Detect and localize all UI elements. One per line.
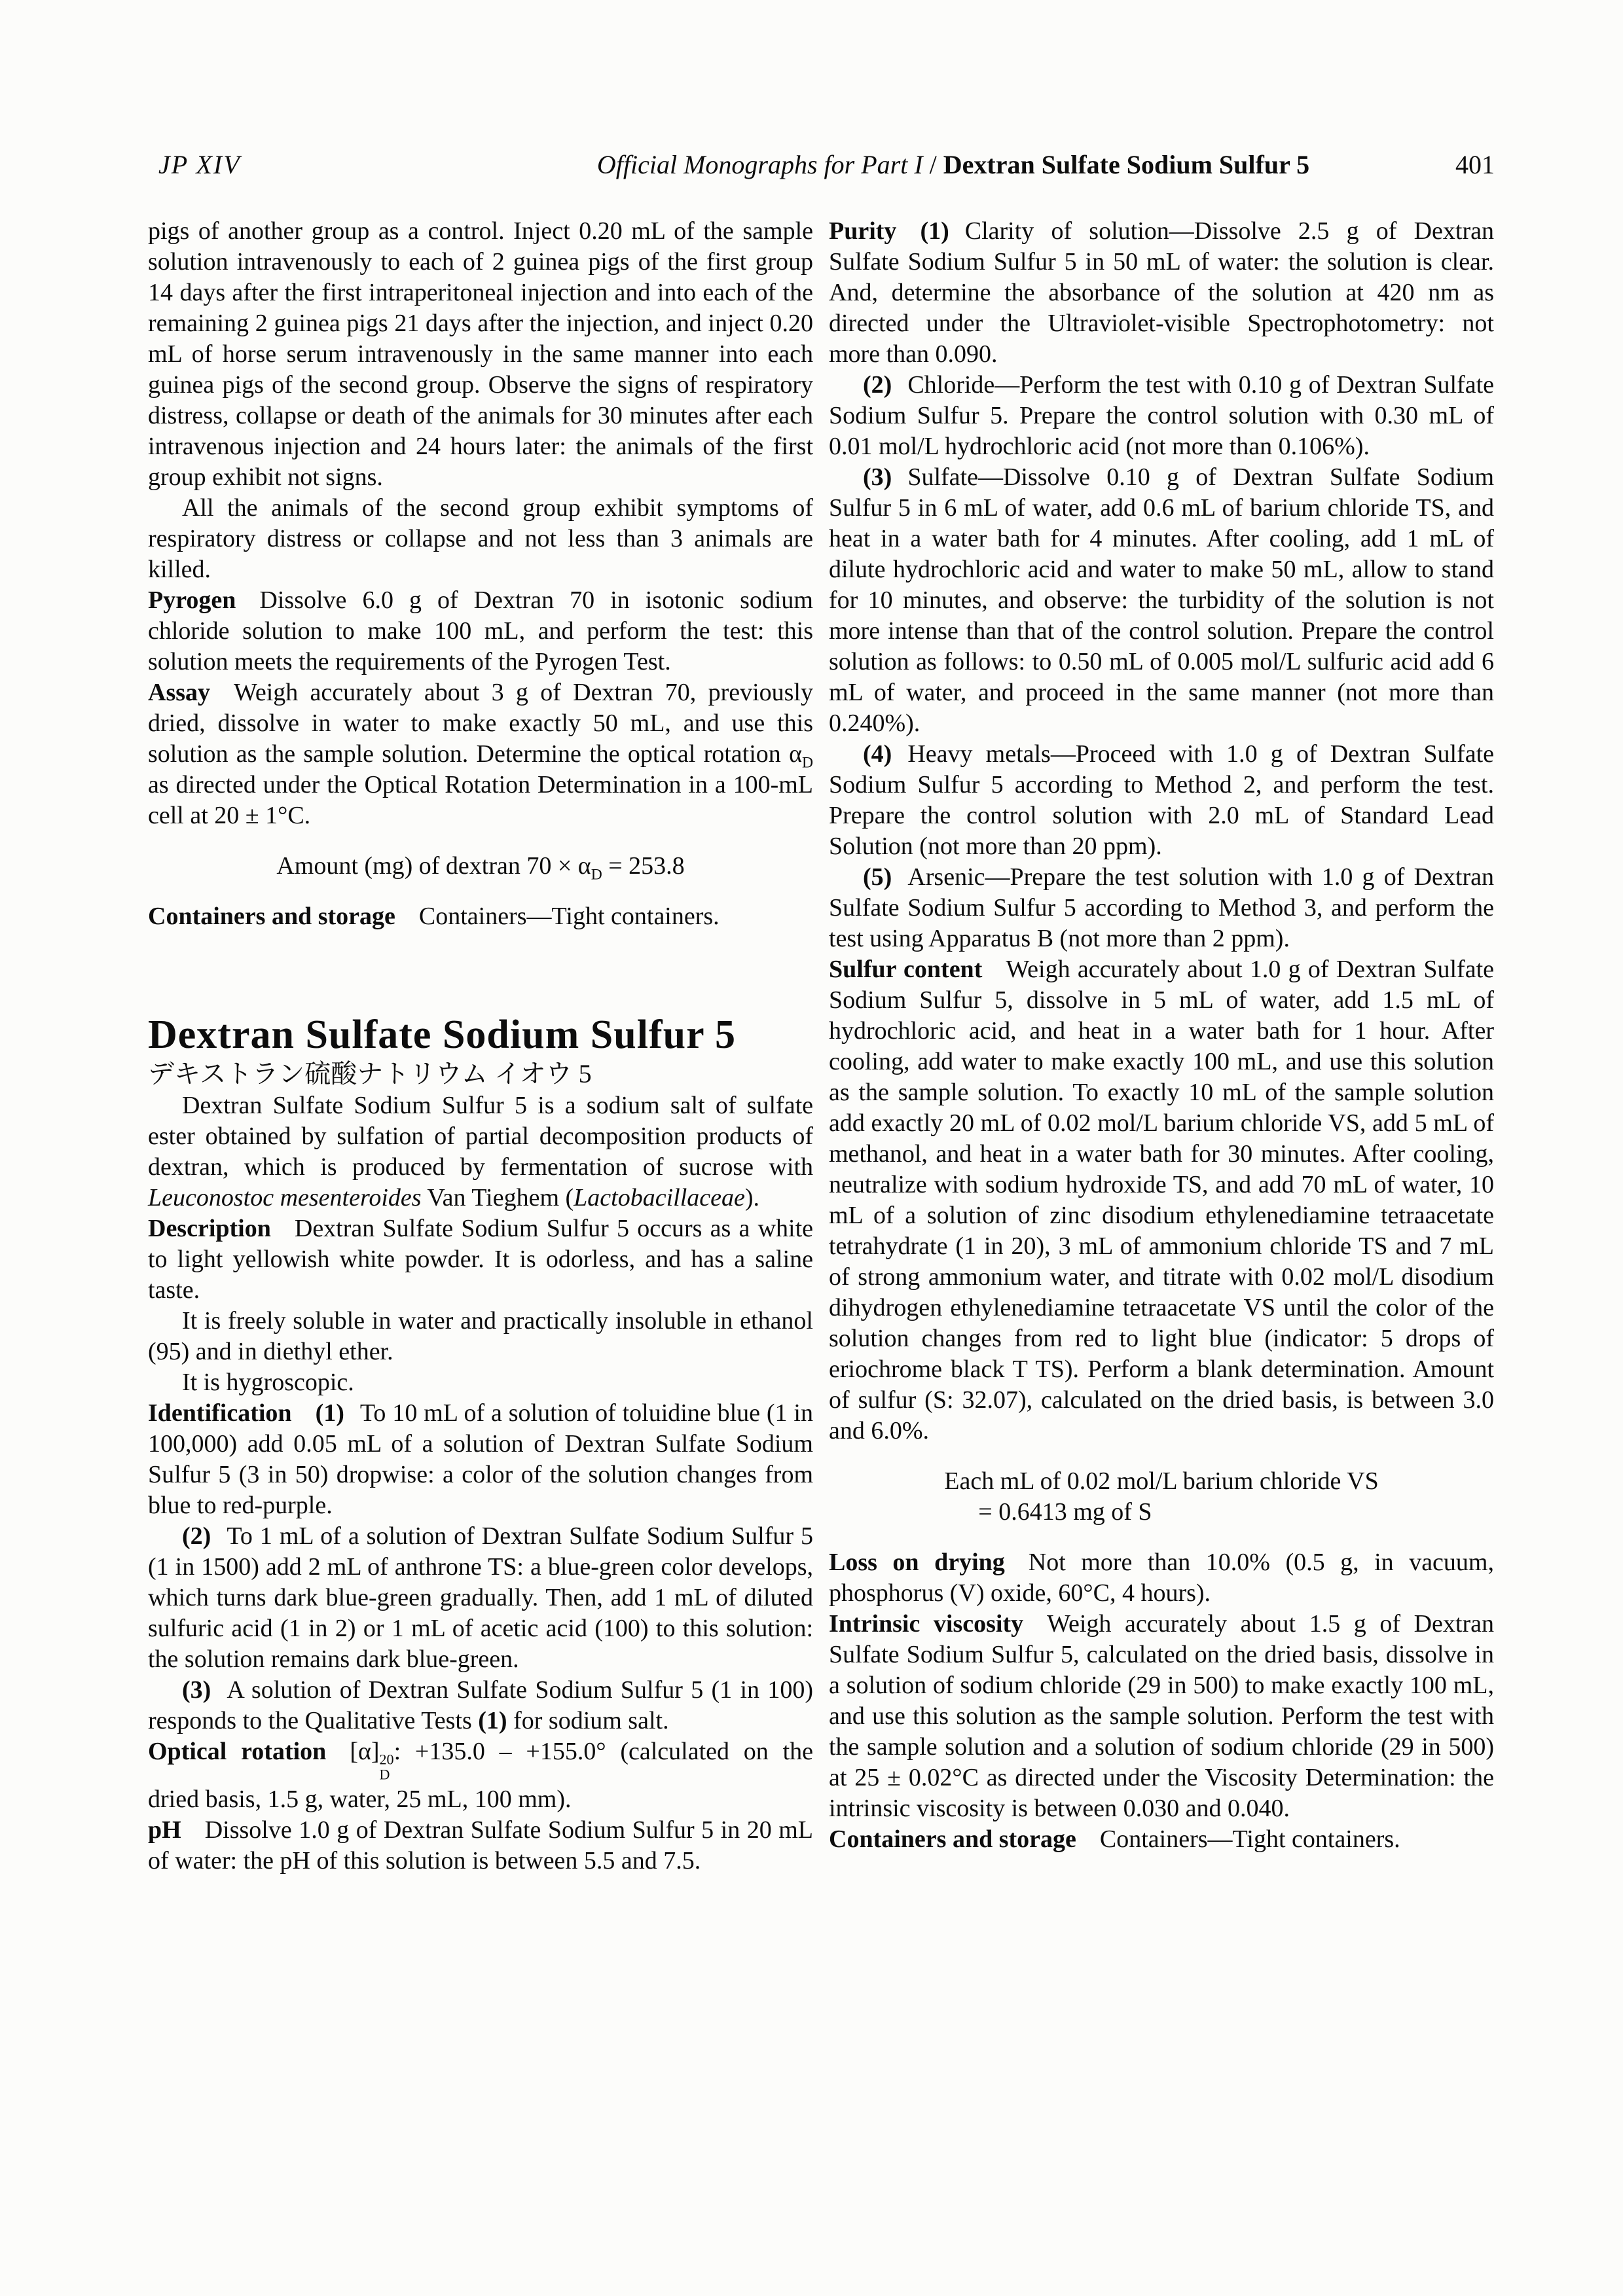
- text-run: It is hygroscopic.: [182, 1369, 354, 1396]
- text-run: It is freely soluble in water and practi…: [148, 1307, 813, 1365]
- numbered-item: (2)Chloride—Perform the test with 0.10 g…: [829, 370, 1494, 462]
- text-run: = 0.6413 mg of S: [978, 1498, 1152, 1526]
- formula-inner: Each mL of 0.02 mol/L barium chloride VS…: [944, 1466, 1378, 1528]
- text-run: Weigh accurately about 1.5 g of Dextran …: [829, 1610, 1494, 1822]
- section-paragraph: Optical rotation[α]20D: +135.0 – +155.0°…: [148, 1736, 813, 1815]
- body-paragraph: Dextran Sulfate Sodium Sulfur 5 is a sod…: [148, 1090, 813, 1213]
- text-run: Amount (mg) of dextran 70 × α: [276, 852, 591, 880]
- item-number: (1): [316, 1399, 344, 1427]
- item-number: (2): [863, 371, 892, 399]
- subscript: D: [802, 755, 813, 772]
- text-run: All the animals of the second group exhi…: [148, 494, 813, 583]
- running-title-separator: /: [923, 150, 943, 179]
- section-label: Containers and storage: [829, 1825, 1076, 1853]
- section-paragraph: Identification(1)To 10 mL of a solution …: [148, 1398, 813, 1521]
- section-label: Assay: [148, 679, 210, 706]
- section-paragraph: DescriptionDextran Sulfate Sodium Sulfur…: [148, 1213, 813, 1306]
- numbered-item: (5)Arsenic—Prepare the test solution wit…: [829, 862, 1494, 954]
- monograph-title: Dextran Sulfate Sodium Sulfur 5: [148, 1012, 813, 1058]
- formula: Each mL of 0.02 mol/L barium chloride VS…: [829, 1466, 1494, 1528]
- bold-text: (1): [478, 1707, 507, 1734]
- numbered-item: (3)Sulfate—Dissolve 0.10 g of Dextran Su…: [829, 462, 1494, 739]
- section-paragraph: AssayWeigh accurately about 3 g of Dextr…: [148, 677, 813, 831]
- section-label: Identification: [148, 1399, 292, 1427]
- text-run: Weigh accurately about 3 g of Dextran 70…: [148, 679, 813, 768]
- section-label: Purity: [829, 217, 896, 245]
- column-left: pigs of another group as a control. Inje…: [148, 216, 813, 1876]
- item-number: (3): [182, 1676, 211, 1704]
- text-run: ).: [745, 1184, 759, 1211]
- column-right: Purity(1)Clarity of solution—Dissolve 2.…: [829, 216, 1494, 1855]
- formula: Amount (mg) of dextran 70 × αD = 253.8: [148, 851, 813, 882]
- text-run: Containers—Tight containers.: [419, 903, 720, 930]
- text-run: Van Tieghem (: [422, 1184, 574, 1211]
- numbered-item: (3)A solution of Dextran Sulfate Sodium …: [148, 1675, 813, 1736]
- journal-edition: JP XIV: [158, 149, 241, 180]
- item-number: (5): [863, 863, 892, 891]
- running-title-monograph: Dextran Sulfate Sodium Sulfur 5: [943, 150, 1309, 179]
- section-label: Optical rotation: [148, 1738, 326, 1765]
- section-paragraph: Containers and storageContainers—Tight c…: [148, 901, 813, 932]
- formula-line: Amount (mg) of dextran 70 × αD = 253.8: [276, 851, 684, 882]
- text-run: Dissolve 6.0 g of Dextran 70 in isotonic…: [148, 586, 813, 675]
- text-run: Weigh accurately about 1.0 g of Dextran …: [829, 956, 1494, 1444]
- item-number: (3): [863, 463, 892, 491]
- text-run: Containers—Tight containers.: [1100, 1825, 1400, 1853]
- subscript: D: [591, 867, 602, 884]
- text-run: Each mL of 0.02 mol/L barium chloride VS: [944, 1467, 1378, 1495]
- text-run: Chloride—Perform the test with 0.10 g of…: [829, 371, 1494, 460]
- section-label: Containers and storage: [148, 903, 395, 930]
- running-title-section: Official Monographs for Part I: [597, 150, 923, 179]
- formula-line: = 0.6413 mg of S: [944, 1497, 1378, 1528]
- text-run: = 253.8: [602, 852, 685, 880]
- text-run: [α]: [350, 1738, 379, 1765]
- italic-text: Leuconostoc mesenteroides: [148, 1184, 422, 1211]
- section-paragraph: pHDissolve 1.0 g of Dextran Sulfate Sodi…: [148, 1815, 813, 1876]
- section-label: Intrinsic viscosity: [829, 1610, 1023, 1638]
- text-run: pigs of another group as a control. Inje…: [148, 217, 813, 491]
- item-number: (4): [863, 740, 892, 768]
- superscript: 20: [380, 1753, 394, 1767]
- numbered-item: (2)To 1 mL of a solution of Dextran Sulf…: [148, 1521, 813, 1675]
- formula-line: Each mL of 0.02 mol/L barium chloride VS: [944, 1466, 1378, 1497]
- section-paragraph: Purity(1)Clarity of solution—Dissolve 2.…: [829, 216, 1494, 370]
- text-run: as directed under the Optical Rotation D…: [148, 771, 813, 829]
- page-number: 401: [1455, 149, 1495, 180]
- body-paragraph: pigs of another group as a control. Inje…: [148, 216, 813, 493]
- italic-text: Lactobacillaceae: [574, 1184, 745, 1211]
- page-header: JP XIV Official Monographs for Part I / …: [148, 149, 1495, 195]
- running-title: Official Monographs for Part I / Dextran…: [515, 149, 1392, 180]
- subscript: D: [380, 1767, 390, 1782]
- formula-inner: Amount (mg) of dextran 70 × αD = 253.8: [276, 851, 684, 882]
- section-label: pH: [148, 1816, 181, 1844]
- item-number: (2): [182, 1522, 211, 1550]
- text-run: Heavy metals—Proceed with 1.0 g of Dextr…: [829, 740, 1494, 860]
- section-label: Loss on drying: [829, 1549, 1005, 1576]
- body-paragraph: It is freely soluble in water and practi…: [148, 1306, 813, 1367]
- text-run: To 1 mL of a solution of Dextran Sulfate…: [148, 1522, 813, 1673]
- section-paragraph: PyrogenDissolve 6.0 g of Dextran 70 in i…: [148, 585, 813, 677]
- section-label: Sulfur content: [829, 956, 982, 983]
- text-run: Sulfate—Dissolve 0.10 g of Dextran Sulfa…: [829, 463, 1494, 737]
- numbered-item: (4)Heavy metals—Proceed with 1.0 g of De…: [829, 739, 1494, 862]
- body-paragraph: All the animals of the second group exhi…: [148, 493, 813, 585]
- monograph-title-japanese: デキストラン硫酸ナトリウム イオウ 5: [148, 1058, 813, 1090]
- section-label: Pyrogen: [148, 586, 236, 614]
- section-label: Description: [148, 1215, 271, 1242]
- monograph-page: JP XIV Official Monographs for Part I / …: [0, 0, 1623, 2296]
- text-run: Dextran Sulfate Sodium Sulfur 5 is a sod…: [148, 1092, 813, 1181]
- text-run: for sodium salt.: [507, 1707, 669, 1734]
- text-run: Arsenic—Prepare the test solution with 1…: [829, 863, 1494, 952]
- section-paragraph: Intrinsic viscosityWeigh accurately abou…: [829, 1609, 1494, 1824]
- section-paragraph: Containers and storageContainers—Tight c…: [829, 1824, 1494, 1855]
- body-paragraph: It is hygroscopic.: [148, 1367, 813, 1398]
- section-paragraph: Loss on dryingNot more than 10.0% (0.5 g…: [829, 1547, 1494, 1609]
- text-run: Dissolve 1.0 g of Dextran Sulfate Sodium…: [148, 1816, 813, 1874]
- section-paragraph: Sulfur contentWeigh accurately about 1.0…: [829, 954, 1494, 1446]
- item-number: (1): [920, 217, 949, 245]
- superscript-subscript-stack: 20D: [380, 1753, 394, 1782]
